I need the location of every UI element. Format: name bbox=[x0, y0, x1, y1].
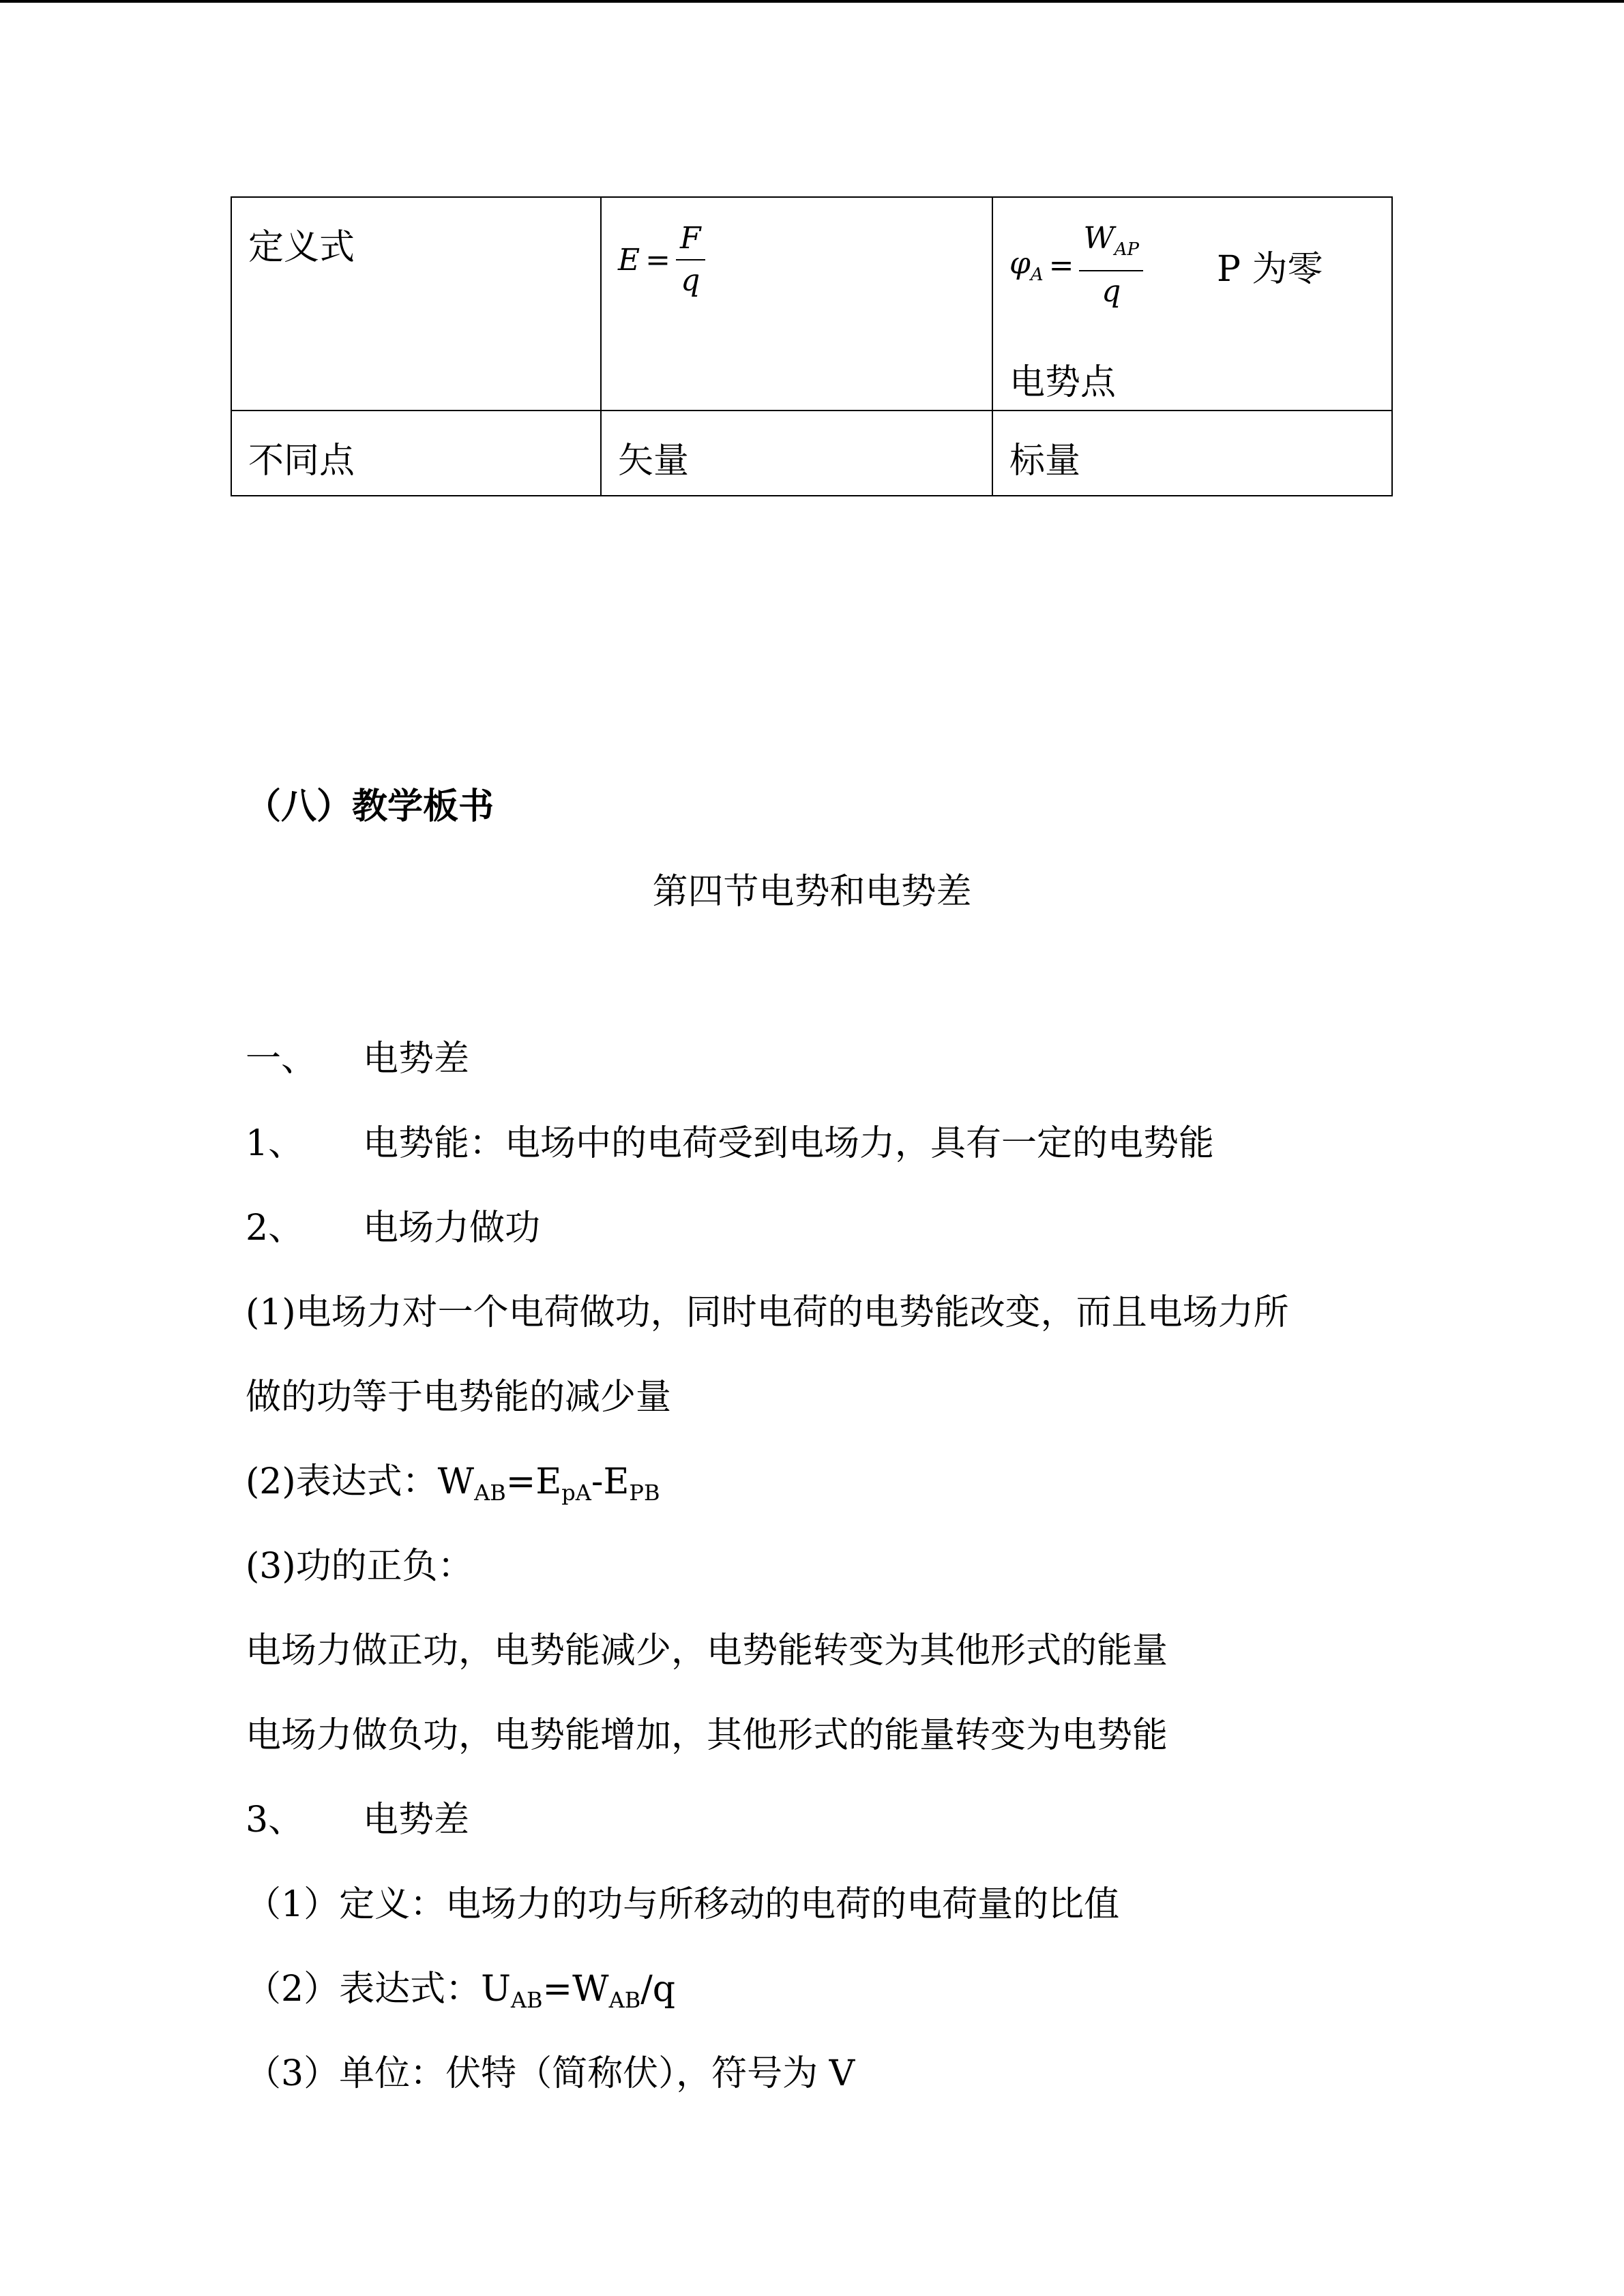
fraction: F q bbox=[676, 218, 705, 301]
section-heading: （八）教学板书 bbox=[246, 777, 494, 829]
table-cell-label: 定义式 bbox=[231, 197, 601, 411]
table-cell-field-type: 矢量 bbox=[601, 411, 992, 496]
outline-item-1: 1、电势能：电场中的电荷受到电场力，具有一定的电势能 bbox=[246, 1114, 1214, 1165]
outline-section-1: 一、电势差 bbox=[246, 1030, 469, 1081]
board-title: 第四节电势和电势差 bbox=[0, 863, 1624, 914]
paragraph-unit: （3）单位：伏特（简称伏），符号为 V bbox=[246, 2044, 855, 2096]
paragraph-work-sign: (3)功的正负： bbox=[246, 1537, 473, 1588]
table-cell-field-formula: E = F q bbox=[601, 197, 992, 411]
paragraph-positive-work: 电场力做正功，电势能减少，电势能转变为其他形式的能量 bbox=[246, 1622, 1168, 1673]
page-top-border bbox=[0, 0, 1624, 3]
outline-item-2: 2、电场力做功 bbox=[246, 1199, 540, 1250]
zero-point-note-line2: 电势点 bbox=[1009, 353, 1375, 404]
paragraph-work-expression: (2)表达式：WAB=EpA-EPB bbox=[246, 1452, 660, 1506]
zero-point-note: P 为零 bbox=[1217, 240, 1323, 291]
paragraph-definition: （1）定义：电场力的功与所移动的电荷的电荷量的比值 bbox=[246, 1875, 1119, 1926]
table-row-difference: 不同点 矢量 标量 bbox=[231, 411, 1392, 496]
paragraph-work-1-cont: 做的功等于电势能的减少量 bbox=[246, 1368, 671, 1419]
table-cell-potential-formula: φA = WAP q P 为零 电势点 bbox=[992, 197, 1392, 411]
table-cell-label: 不同点 bbox=[231, 411, 601, 496]
table-cell-potential-type: 标量 bbox=[992, 411, 1392, 496]
paragraph-work-1: (1)电场力对一个电荷做功，同时电荷的电势能改变，而且电场力所 bbox=[246, 1283, 1289, 1335]
potential-formula: φA = WAP q P 为零 bbox=[1009, 218, 1323, 312]
comparison-table: 定义式 E = F q φA = WAP q P 为零 电势 bbox=[231, 196, 1393, 496]
field-strength-formula: E = F q bbox=[618, 218, 705, 301]
row-label: 定义式 bbox=[248, 218, 584, 269]
paragraph-negative-work: 电场力做负功，电势能增加，其他形式的能量转变为电势能 bbox=[246, 1706, 1168, 1757]
outline-item-3: 3、电势差 bbox=[246, 1791, 469, 1842]
fraction: WAP q bbox=[1079, 218, 1143, 312]
paragraph-expression: （2）表达式：UAB=WAB/q bbox=[246, 1960, 675, 2013]
table-row-definition: 定义式 E = F q φA = WAP q P 为零 电势 bbox=[231, 197, 1392, 411]
